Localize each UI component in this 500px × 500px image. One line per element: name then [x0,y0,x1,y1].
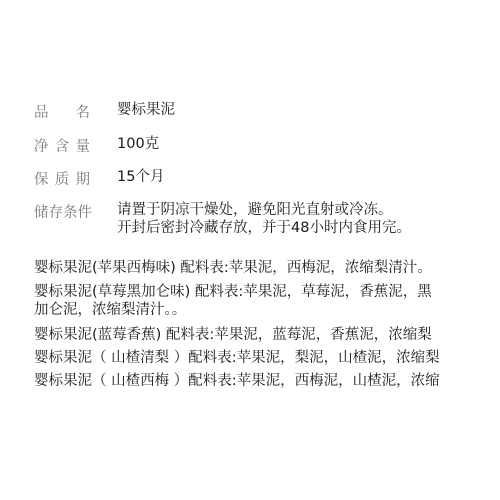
shelf-life-value: 15个月 [117,168,164,186]
ingredient-line: 婴标果泥(草莓黑加仑味) 配料表:苹果泥，草莓泥，香蕉泥，黑 [34,283,474,301]
label-char: 保 [34,168,49,189]
ingredient-entry-strawberry-blackcurrant: 婴标果泥(草莓黑加仑味) 配料表:苹果泥，草莓泥，香蕉泥，黑 加仑泥，浓缩梨清汁… [34,283,474,319]
product-name-value: 婴标果泥 [117,101,175,119]
net-content-label: 净 含 量 [34,135,90,156]
label-char: 量 [76,135,91,156]
ingredient-entry-blueberry-banana: 婴标果泥(蓝莓香蕉) 配料表:苹果泥，蓝莓泥，香蕉泥，浓缩梨 [34,326,474,344]
storage-label: 储存条件 [34,201,92,222]
ingredient-entry-hawthorn-pear: 婴标果泥（ 山楂清梨 ）配料表:苹果泥，梨泥，山楂泥，浓缩梨 [34,349,474,367]
label-char: 名 [76,101,91,122]
ingredient-line: 加仑泥，浓缩梨清汁。。 [34,301,474,319]
label-char: 含 [55,135,70,156]
shelf-life-label: 保 质 期 [34,168,90,189]
label-char: 质 [55,168,70,189]
net-content-value: 100克 [117,135,159,153]
label-char: 品 [34,101,49,122]
storage-line-1: 请置于阴凉干燥处，避免阳光直射或冷冻。 [117,201,393,219]
ingredient-entry-hawthorn-prune: 婴标果泥（ 山楂西梅 ）配料表:苹果泥，西梅泥，山楂泥，浓缩 [34,372,474,390]
storage-line-2: 开封后密封冷藏存放，并于48小时内食用完。 [117,219,411,237]
label-char: 净 [34,135,49,156]
label-char: 期 [76,168,91,189]
product-name-label: 品 名 [34,101,90,122]
ingredient-entry-apple-prune: 婴标果泥(苹果西梅味) 配料表:苹果泥，西梅泥，浓缩梨清汁。 [34,259,474,277]
